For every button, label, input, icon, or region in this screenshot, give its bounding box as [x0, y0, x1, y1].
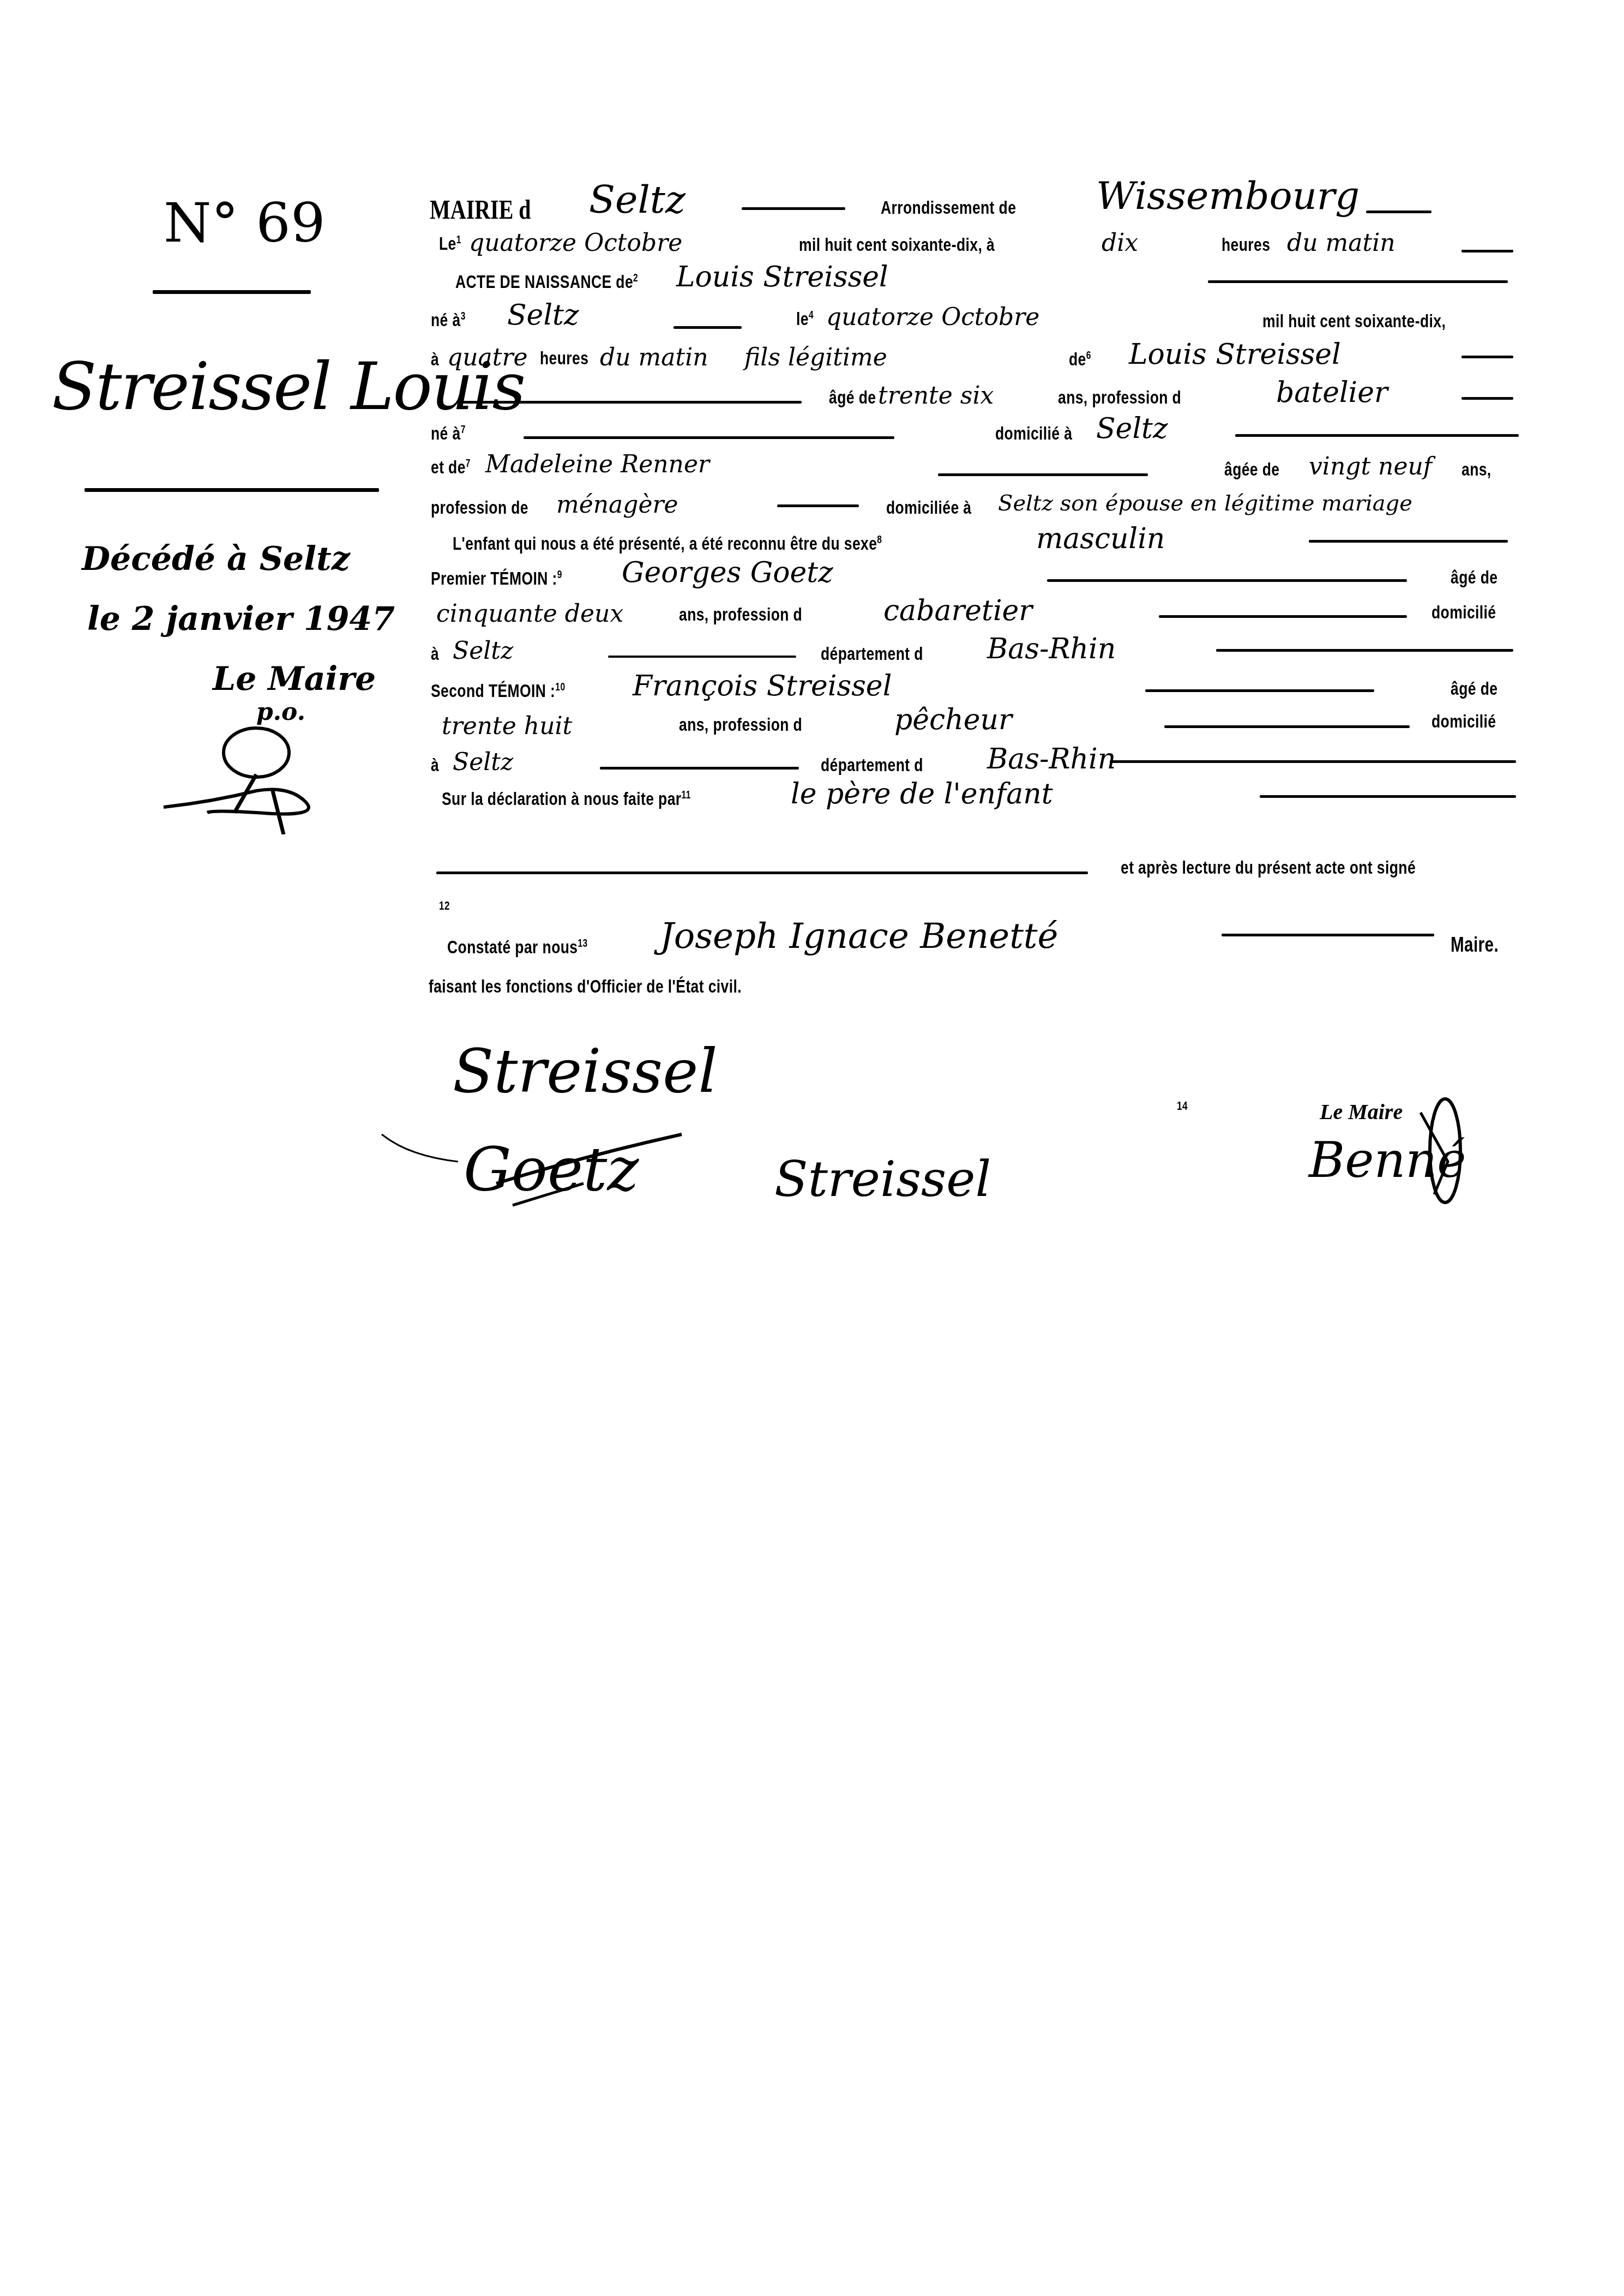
form-rule: [1159, 615, 1407, 618]
father-domicile-label: domicilié à: [995, 423, 1072, 444]
mairie-value: Seltz: [589, 177, 685, 222]
mother-domicile: Seltz son épouse en légitime mariage: [998, 491, 1412, 516]
witness1-profession: cabaretier: [883, 594, 1032, 627]
witness1-domicile-prefix: à: [431, 644, 439, 665]
form-rule: [1309, 540, 1508, 543]
father-name: Louis Streissel: [1129, 338, 1341, 371]
maire-label: Le Maire: [1320, 1099, 1403, 1125]
form-rule: [1222, 934, 1434, 936]
witness1-domicile-label: domicilié: [1431, 602, 1496, 623]
witness2-age: trente huit: [442, 712, 572, 740]
form-rule: [1145, 689, 1374, 692]
form-rule: [1164, 725, 1410, 728]
arrondissement-value: Wissembourg: [1096, 173, 1360, 218]
officer-function: faisant les fonctions d'Officier de l'Ét…: [429, 976, 742, 997]
birth-hour: quatre: [447, 344, 528, 371]
registration-hour: dix: [1102, 229, 1138, 257]
form-rule: [608, 656, 796, 658]
form-rule: [1235, 434, 1519, 437]
form-rule: [777, 504, 859, 507]
form-rule: [1047, 579, 1407, 582]
constate-label: Constaté par nous13: [447, 937, 588, 958]
witness2-dept: Bas-Rhin: [987, 743, 1116, 776]
mother-label: et de7: [431, 457, 471, 478]
signature-stroke: [376, 1123, 725, 1222]
declaration-label: Sur la déclaration à nous faite par11: [442, 789, 691, 810]
form-rule: [1461, 250, 1513, 253]
witness1-domicile: Seltz: [453, 637, 513, 665]
mother-profession-label: profession de: [431, 497, 528, 519]
act-number: N° 69: [164, 191, 326, 255]
form-rule: [938, 473, 1148, 476]
witness2-label: Second TÉMOIN :10: [431, 681, 565, 702]
hour-prefix: à: [431, 349, 439, 370]
hours-label: heures: [1222, 235, 1270, 256]
birth-date-label: le4: [796, 309, 814, 330]
act-number-underline: [153, 290, 311, 294]
mother-name: Madeleine Renner: [485, 450, 709, 478]
father-born-label: né à7: [431, 423, 466, 444]
witness1-profession-label: ans, profession d: [679, 604, 802, 626]
maire-signature-flourish: [1418, 1085, 1472, 1216]
form-rule: [1366, 211, 1431, 213]
birth-period: du matin: [600, 344, 708, 371]
mother-domicile-label: domiciliée à: [886, 497, 971, 519]
witness2-age-label: âgé de: [1451, 678, 1497, 700]
witness1-dept: Bas-Rhin: [987, 633, 1116, 665]
witness2-name: François Streissel: [633, 670, 892, 702]
witness2-domicile-prefix: à: [431, 755, 439, 776]
child-sex: masculin: [1036, 522, 1165, 555]
form-rule: [1260, 795, 1516, 798]
footnote-12: 12: [439, 899, 450, 913]
witness2-domicile-label: domicilié: [1431, 711, 1496, 732]
registrant-name-underline: [85, 488, 379, 492]
form-rule: [436, 871, 1088, 874]
form-rule: [742, 207, 845, 210]
signed-statement: et après lecture du présent acte ont sig…: [1121, 857, 1416, 879]
officer-role: Maire.: [1451, 934, 1499, 957]
death-note-line2: le 2 janvier 1947: [87, 600, 395, 638]
form-rule: [673, 326, 742, 329]
mairie-label: MAIRIE d: [430, 194, 531, 225]
form-rule: [1216, 649, 1513, 652]
signature-1: Streissel: [453, 1036, 718, 1106]
child-name: Louis Streissel: [676, 261, 888, 293]
form-rule: [1110, 760, 1516, 763]
legitimacy: fils légitime: [744, 344, 887, 371]
witness1-name: Georges Goetz: [622, 556, 833, 589]
father-age-label: âgé de: [829, 387, 876, 408]
witness2-dept-label: département d: [821, 755, 923, 776]
mother-profession: ménagère: [556, 491, 678, 519]
date-prefix: Le1: [439, 233, 461, 255]
mother-age-label: âgée de: [1224, 459, 1279, 480]
birth-hours-label: heures: [540, 348, 588, 369]
registration-year: mil huit cent soixante-dix, à: [799, 235, 995, 256]
footnote-14: 14: [1177, 1099, 1188, 1113]
form-rule: [524, 436, 894, 439]
form-rule: [1461, 356, 1513, 358]
witness2-profession-label: ans, profession d: [679, 714, 802, 736]
registration-period: du matin: [1287, 229, 1396, 257]
witness1-dept-label: département d: [821, 644, 923, 665]
born-label: né à3: [431, 310, 466, 331]
declarant: le père de l'enfant: [791, 778, 1053, 810]
signature-3: Streissel: [774, 1151, 991, 1208]
registration-date: quatorze Octobre: [469, 229, 682, 257]
witness1-label: Premier TÉMOIN :9: [431, 568, 562, 590]
death-note-line1: Décédé à Seltz: [82, 540, 350, 578]
witness1-age-label: âgé de: [1451, 567, 1497, 588]
acte-label: ACTE DE NAISSANCE de2: [455, 272, 638, 293]
father-profession: batelier: [1276, 376, 1388, 409]
father-domicile: Seltz: [1096, 412, 1168, 445]
father-age: trente six: [878, 382, 994, 410]
witness2-domicile: Seltz: [453, 748, 513, 776]
father-profession-label: ans, profession d: [1058, 387, 1181, 408]
birth-place: Seltz: [507, 299, 579, 332]
mother-age: vingt neuf: [1309, 453, 1432, 480]
birth-date: quatorze Octobre: [826, 303, 1039, 331]
father-de-label: de6: [1069, 349, 1091, 370]
form-rule: [1461, 397, 1513, 400]
witness1-age: cinquante deux: [436, 600, 623, 628]
mother-age-unit: ans,: [1461, 459, 1491, 480]
sex-label: L'enfant qui nous a été présenté, a été …: [453, 533, 882, 555]
witness2-profession: pêcheur: [894, 704, 1012, 736]
arrondissement-label: Arrondissement de: [881, 197, 1016, 219]
birth-year: mil huit cent soixante-dix,: [1262, 311, 1446, 332]
form-rule: [458, 401, 802, 404]
margin-signature-flourish: [147, 709, 344, 834]
officer-name: Joseph Ignace Benetté: [660, 916, 1058, 957]
form-rule: [600, 767, 799, 770]
death-note-line3: Le Maire: [213, 660, 376, 698]
form-rule: [1208, 280, 1508, 283]
